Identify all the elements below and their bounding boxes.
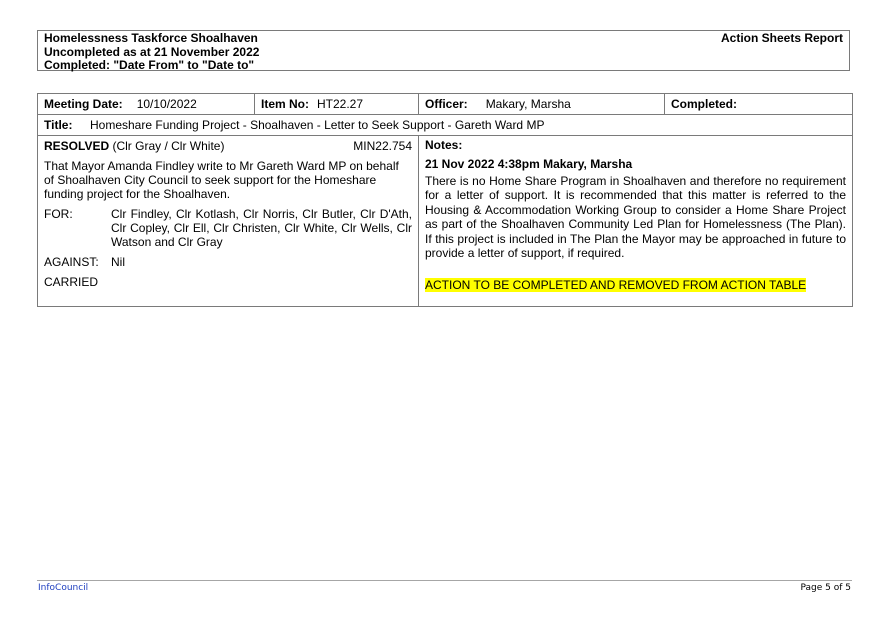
note-entry-heading: 21 Nov 2022 4:38pm Makary, Marsha <box>425 157 846 172</box>
committee-name: Homelessness Taskforce Shoalhaven <box>44 32 259 46</box>
footer-brand: InfoCouncil <box>38 583 88 593</box>
title-cell: Title:Homeshare Funding Project - Shoalh… <box>38 115 853 136</box>
page-number: Page 5 of 5 <box>801 583 852 593</box>
meta-row: Meeting Date:10/10/2022 Item No:HT22.27 … <box>38 94 853 115</box>
vote-against-value: Nil <box>111 255 412 269</box>
title-row: Title:Homeshare Funding Project - Shoalh… <box>38 115 853 136</box>
officer-label: Officer: <box>425 97 468 111</box>
vote-for-label: FOR: <box>44 207 111 249</box>
resolution-status: RESOLVED <box>44 139 109 153</box>
vote-for-value: Clr Findley, Clr Kotlash, Clr Norris, Cl… <box>111 207 412 249</box>
title-label: Title: <box>44 115 90 135</box>
vote-against-row: AGAINST: Nil <box>44 255 412 269</box>
report-header: Homelessness Taskforce Shoalhaven Uncomp… <box>37 30 850 71</box>
action-sheet-table: Meeting Date:10/10/2022 Item No:HT22.27 … <box>37 93 853 307</box>
vote-against-label: AGAINST: <box>44 255 111 269</box>
title-value: Homeshare Funding Project - Shoalhaven -… <box>90 118 544 132</box>
resolution-movers: (Clr Gray / Clr White) <box>112 139 224 153</box>
notes-label: Notes: <box>425 138 846 153</box>
completed-range: Completed: "Date From" to "Date to" <box>44 59 259 73</box>
resolution-text: That Mayor Amanda Findley write to Mr Ga… <box>44 159 412 201</box>
completed-label: Completed: <box>671 97 737 111</box>
item-no-label: Item No: <box>261 97 309 111</box>
resolution-outcome: CARRIED <box>44 275 412 289</box>
report-name: Action Sheets Report <box>721 32 843 46</box>
meeting-date-label: Meeting Date: <box>44 97 123 111</box>
note-action-line: ACTION TO BE COMPLETED AND REMOVED FROM … <box>425 278 846 292</box>
meeting-date-value: 10/10/2022 <box>137 97 197 111</box>
meeting-date-cell: Meeting Date:10/10/2022 <box>38 94 255 115</box>
minute-number: MIN22.754 <box>353 139 412 154</box>
item-no-cell: Item No:HT22.27 <box>255 94 419 115</box>
footer-divider <box>37 580 852 581</box>
officer-cell: Officer:Makary, Marsha <box>419 94 665 115</box>
item-no-value: HT22.27 <box>317 97 363 111</box>
note-entry-text: There is no Home Share Program in Shoalh… <box>425 174 846 260</box>
highlighted-action-text: ACTION TO BE COMPLETED AND REMOVED FROM … <box>425 278 806 292</box>
report-header-left: Homelessness Taskforce Shoalhaven Uncomp… <box>44 32 259 73</box>
notes-cell: Notes: 21 Nov 2022 4:38pm Makary, Marsha… <box>419 136 853 307</box>
resolution-header: RESOLVED (Clr Gray / Clr White) MIN22.75… <box>44 139 412 154</box>
body-row: RESOLVED (Clr Gray / Clr White) MIN22.75… <box>38 136 853 307</box>
completed-cell: Completed: <box>665 94 853 115</box>
resolution-cell: RESOLVED (Clr Gray / Clr White) MIN22.75… <box>38 136 419 307</box>
uncompleted-as-at: Uncompleted as at 21 November 2022 <box>44 46 259 60</box>
officer-value: Makary, Marsha <box>486 97 571 111</box>
vote-for-row: FOR: Clr Findley, Clr Kotlash, Clr Norri… <box>44 207 412 249</box>
